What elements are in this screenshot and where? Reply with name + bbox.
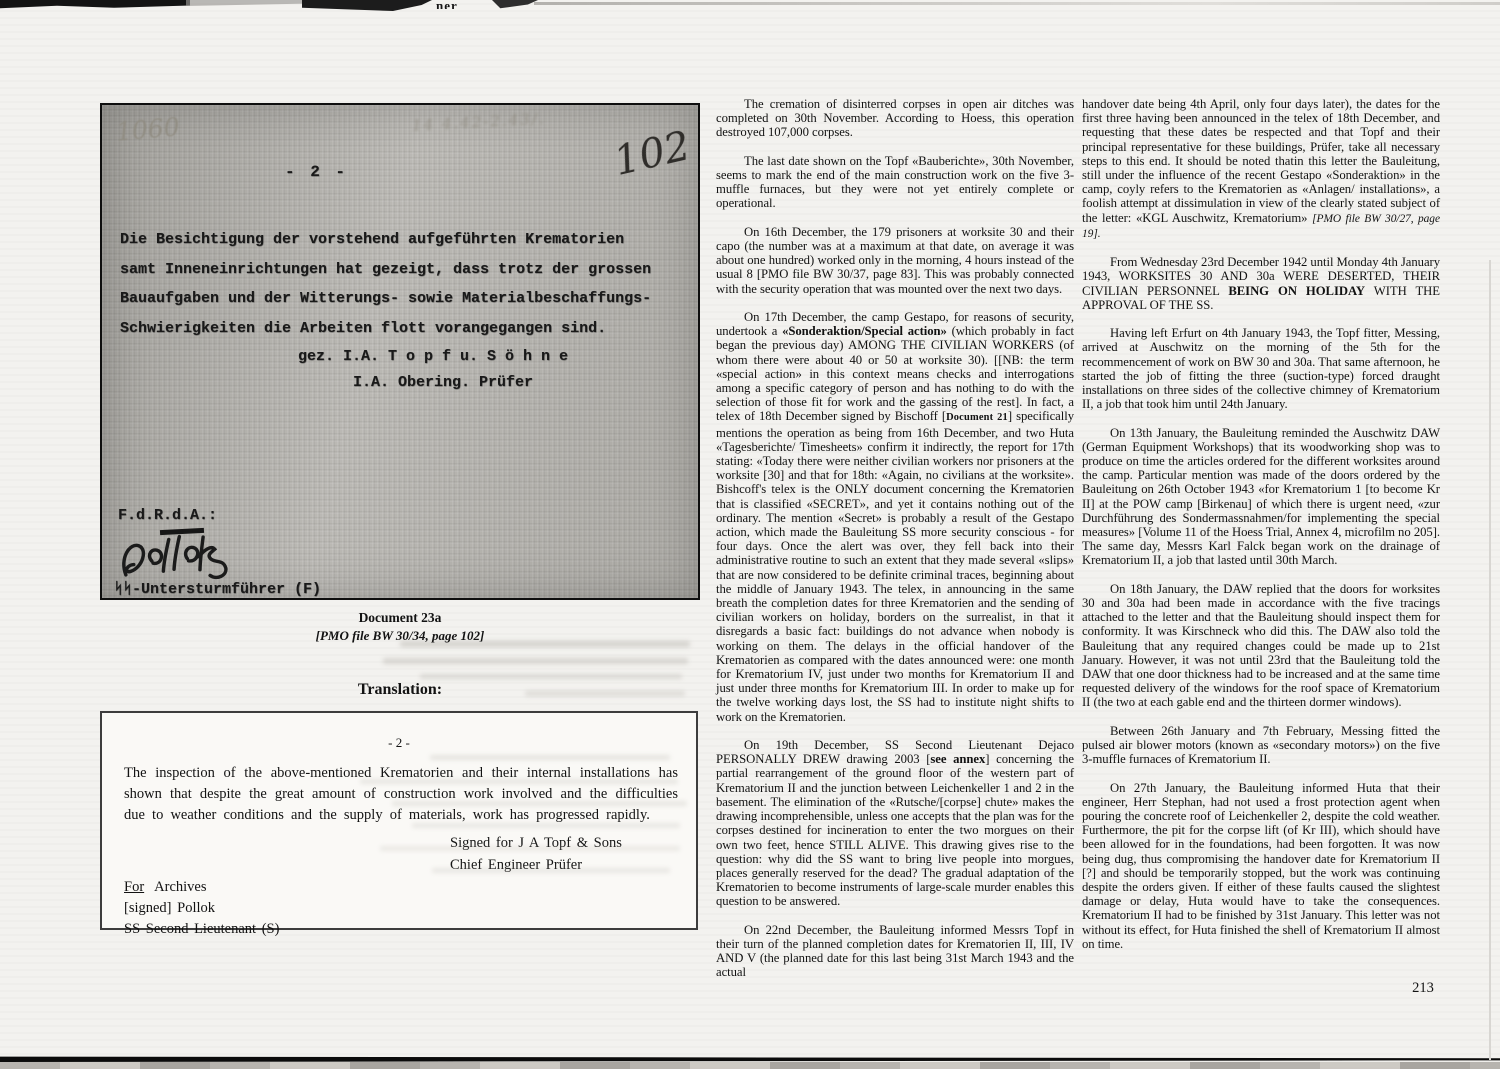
doc-signature-line-engineer: I.A. Obering. Prüfer xyxy=(353,374,533,391)
scan-edge-text-fragment: ner xyxy=(436,0,496,9)
paragraph: Between 26th January and 7th February, M… xyxy=(1082,724,1440,767)
column-right: handover date being 4th April, only four… xyxy=(1082,97,1440,965)
for-underlined: For xyxy=(124,879,154,895)
paragraph: On 18th January, the DAW replied that th… xyxy=(1082,582,1440,710)
doc-body-line: Bauaufgaben und der Witterungs- sowie Ma… xyxy=(120,284,692,314)
archives-word: Archives xyxy=(154,879,206,895)
scan-edge-top-patch xyxy=(302,0,432,11)
paragraph: The last date shown on the Topf «Bauberi… xyxy=(716,154,1074,211)
bleedthrough-line xyxy=(412,823,680,828)
rank-text: -Untersturmführer (F) xyxy=(132,581,321,598)
column-middle: The cremation of disinterred corpses in … xyxy=(716,97,1074,994)
doc-body-line: Die Besichtigung der vorstehend aufgefüh… xyxy=(120,225,692,255)
paragraph: On 17th December, the camp Gestapo, for … xyxy=(716,310,1074,724)
signed-by-line: [signed] Pollok xyxy=(124,898,279,919)
paragraph: From Wednesday 23rd December 1942 until … xyxy=(1082,255,1440,312)
rank-line: SS Second Lieutenant (S) xyxy=(124,919,279,940)
bleedthrough-line xyxy=(380,846,680,851)
doc-body-line: samt Inneneinrichtungen hat gezeigt, das… xyxy=(120,255,692,285)
paragraph: On 19th December, SS Second Lieutenant D… xyxy=(716,738,1074,908)
handwritten-page-ref: 102 xyxy=(610,123,695,185)
document-caption: Document 23a [PMO file BW 30/34, page 10… xyxy=(100,610,700,644)
doc-rank-line: ᛋᛋ-Untersturmführer (F) xyxy=(114,579,321,598)
bleedthrough-line xyxy=(360,779,678,784)
archives-line: ForArchives xyxy=(124,877,279,898)
translation-body: The inspection of the above-mentioned Kr… xyxy=(124,763,678,826)
certification-label: F.d.R.d.A.: xyxy=(118,507,217,524)
scan-edge-bottom-band xyxy=(0,1062,1500,1069)
translation-box: - 2 - The inspection of the above-mentio… xyxy=(100,711,698,930)
scan-edge-top-line xyxy=(534,2,1500,5)
doc-body-text: Die Besichtigung der vorstehend aufgefüh… xyxy=(120,225,692,343)
scan-edge-top-sliver xyxy=(492,0,538,9)
doc-body-line: Schwierigkeiten die Arbeiten flott voran… xyxy=(120,314,692,344)
handwritten-archive-number: 1060 xyxy=(115,112,181,146)
translation-page-marker: - 2 - xyxy=(102,735,696,751)
paragraph: handover date being 4th April, only four… xyxy=(1082,97,1440,241)
paragraph: On 16th December, the 179 prisoners at w… xyxy=(716,225,1074,296)
paragraph: Having left Erfurt on 4th January 1943, … xyxy=(1082,326,1440,411)
bleedthrough-line xyxy=(432,868,670,873)
bleedthrough-line xyxy=(420,674,682,679)
ss-runes: ᛋᛋ xyxy=(114,579,132,597)
paragraph: On 13th January, the Bauleitung reminded… xyxy=(1082,426,1440,568)
book-page: { "page": { "number": "213" }, "scan": {… xyxy=(0,0,1500,1069)
caption-source: [PMO file BW 30/34, page 102] xyxy=(100,628,700,644)
doc-page-marker: - 2 - xyxy=(285,163,348,181)
page-number: 213 xyxy=(1398,980,1448,997)
signed-for-line: Signed for J A Topf & Sons xyxy=(450,833,622,855)
doc-signature-line-company: gez. I.A. T o p f u. S ö h n e xyxy=(298,348,568,365)
translation-archives-block: ForArchives [signed] Pollok SS Second Li… xyxy=(124,877,279,940)
translation-heading: Translation: xyxy=(100,681,700,699)
caption-title: Document 23a xyxy=(100,610,700,626)
scan-edge-top-left xyxy=(0,0,190,10)
photo-document-scan: 1060 14 4.42-2.43/. 102 - 2 - Die Besich… xyxy=(100,103,700,600)
paragraph: On 22nd December, the Bauleitung informe… xyxy=(716,923,1074,980)
paragraph: The cremation of disinterred corpses in … xyxy=(716,97,1074,140)
bleedthrough-line xyxy=(383,658,688,664)
scan-edge-top-shadow xyxy=(186,0,306,6)
handwritten-note: 14 4.42-2.43/. xyxy=(412,110,546,135)
scan-edge-right-line xyxy=(1489,260,1491,1060)
paragraph: On 27th January, the Bauleitung informed… xyxy=(1082,781,1440,951)
bleedthrough-line xyxy=(430,755,670,760)
bleedthrough-line xyxy=(392,801,687,806)
